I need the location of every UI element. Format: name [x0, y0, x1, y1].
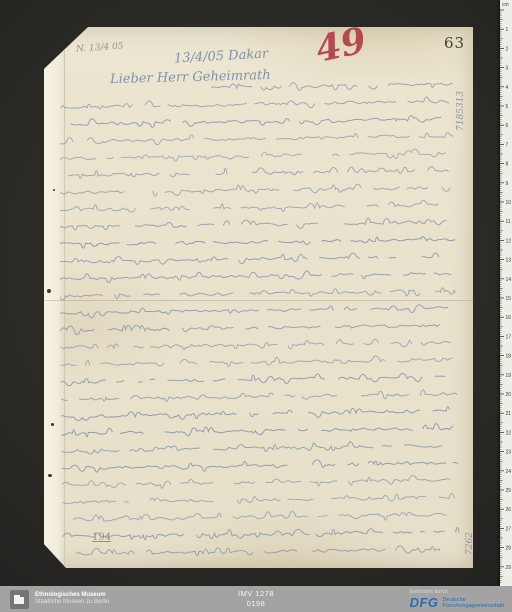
ruler-label: 13	[506, 258, 512, 264]
handwriting-line	[60, 252, 443, 266]
ruler-label: 6	[506, 123, 509, 129]
handwriting-line	[60, 149, 446, 164]
handwriting-line	[60, 304, 448, 318]
ruler-label: 17	[506, 334, 512, 340]
institution-subtitle: Staatliche Museen zu Berlin	[35, 599, 109, 607]
handwriting-body	[60, 77, 462, 569]
museum-logo-glyph	[14, 595, 24, 604]
ruler-label: 2	[506, 46, 509, 52]
handwriting-line	[62, 493, 454, 506]
handwriting-line	[68, 165, 454, 178]
handwriting-line	[61, 372, 445, 386]
ruler-label: 15	[506, 296, 512, 302]
handwriting-line	[60, 236, 455, 249]
handwriting-line	[61, 407, 449, 421]
letter-page: N. 13/4 05 13/4/05 Dakar 49 63 Lieber He…	[44, 27, 473, 568]
binding-hole	[51, 423, 54, 426]
vertical-shelfmark-upper: 7185313	[456, 91, 466, 131]
handwriting-line	[60, 338, 456, 352]
ruler-label: 10	[506, 200, 512, 206]
ruler-label: 27	[506, 526, 512, 532]
handwriting-line	[61, 389, 457, 403]
handwriting-line	[61, 423, 453, 437]
dfg-name: Deutsche Forschungsgemeinschaft	[443, 597, 504, 610]
reference-image-number: 0198	[238, 599, 274, 609]
pencil-note-top-left: N. 13/4 05	[76, 41, 124, 54]
handwriting-line	[60, 131, 453, 146]
handwriting-line	[211, 80, 453, 91]
ruler-label: 23	[506, 450, 512, 456]
handwriting-line	[61, 355, 453, 369]
handwriting-line	[76, 544, 440, 558]
dfg-name-line1: Deutsche	[443, 597, 466, 603]
ruler-label: 25	[506, 488, 512, 494]
ruler-label: 1	[506, 27, 509, 33]
ruler-label: 29	[506, 565, 512, 571]
ruler-label: 24	[506, 469, 512, 475]
handwriting-line	[62, 458, 458, 473]
ruler-scale: cm12345678910111213141516171819202122232…	[500, 0, 512, 586]
ruler-label: 22	[506, 430, 512, 436]
ruler-label: 28	[506, 546, 512, 552]
ruler-label: 14	[506, 277, 512, 283]
ruler-label: 20	[506, 392, 512, 398]
reference-signature: IMV 1278	[238, 589, 274, 599]
ruler-label: 16	[506, 315, 512, 321]
handwriting-line	[60, 217, 447, 232]
dfg-logo: DFG Deutsche Forschungsgemeinschaft	[410, 596, 504, 610]
page-number: 63	[444, 34, 465, 52]
pencil-note-bottom-left: 194	[92, 532, 111, 543]
handwriting-line	[60, 182, 450, 197]
red-foliation-number: 49	[313, 22, 369, 68]
museum-logo-icon	[10, 590, 29, 609]
handwriting-line	[60, 200, 439, 215]
ruler-label: 4	[506, 85, 509, 91]
handwriting-line	[62, 440, 442, 454]
handwriting-line	[60, 97, 449, 111]
ruler-label: 19	[506, 373, 512, 379]
ruler-label: 12	[506, 238, 512, 244]
ruler-label: 26	[506, 507, 512, 513]
handwriting-line	[60, 287, 456, 301]
date-place-line: 13/4/05 Dakar	[174, 47, 269, 67]
ruler-label: 18	[506, 354, 512, 360]
handwriting-line	[60, 269, 451, 284]
handwriting-line	[71, 114, 442, 129]
ruler-label: 21	[506, 411, 512, 417]
institution-name: Ethnologisches Museum	[35, 592, 109, 600]
binding-hole	[47, 289, 51, 293]
handwriting-line	[60, 321, 440, 335]
ruler-label: 11	[506, 219, 511, 225]
handwriting-line	[63, 527, 459, 541]
ruler-label: 8	[506, 162, 509, 168]
ruler-label: 7	[506, 142, 509, 148]
ruler-label: cm	[502, 2, 509, 8]
archive-footer-bar: Ethnologisches Museum Staatliche Museen …	[0, 586, 512, 612]
dfg-acronym: DFG	[410, 596, 439, 610]
dfg-funding-block: Gefördert durch DFG Deutsche Forschungsg…	[410, 589, 504, 610]
reference-block: IMV 1278 0198	[238, 589, 274, 609]
ruler-label: 5	[506, 104, 509, 110]
handwriting-line	[62, 475, 450, 490]
handwriting-line	[73, 509, 447, 524]
binding-hole	[53, 189, 55, 191]
binding-hole	[48, 474, 52, 477]
cm-ruler: cm12345678910111213141516171819202122232…	[500, 0, 512, 586]
dfg-name-line2: Forschungsgemeinschaft	[443, 603, 504, 609]
institution-block: Ethnologisches Museum Staatliche Museen …	[10, 590, 109, 609]
ruler-label: 3	[506, 66, 509, 72]
institution-text: Ethnologisches Museum Staatliche Museen …	[35, 592, 109, 607]
ruler-label: 9	[506, 181, 509, 187]
